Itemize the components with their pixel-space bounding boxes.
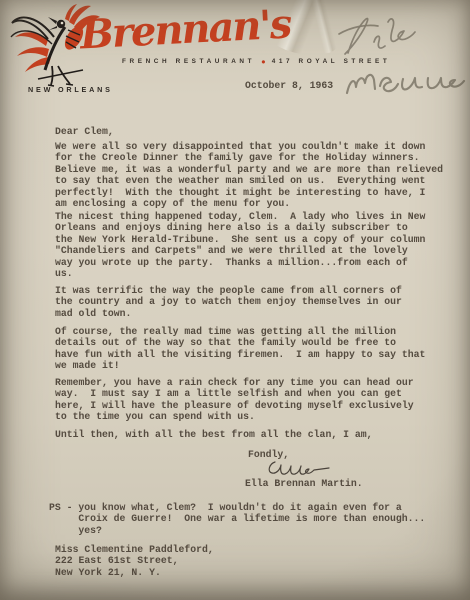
- brand-script: Brennan's: [79, 1, 291, 59]
- tagline-left: FRENCH RESTAURANT: [122, 58, 255, 65]
- scanned-letter-page: Brennan's FRENCH RESTAURANT●417 ROYAL ST…: [0, 0, 470, 600]
- paragraph-3: It was terrific the way the people came …: [55, 285, 402, 319]
- paragraph-4: Of course, the really mad time was getti…: [55, 326, 425, 372]
- signature-handwriting: [266, 458, 330, 478]
- paragraph-5: Remember, you have a rain check for any …: [55, 377, 414, 423]
- city-label: NEW ORLEANS: [28, 85, 113, 94]
- recipient-block: Miss Clementine Paddleford, 222 East 61s…: [55, 544, 214, 578]
- annotation-file-handwriting: [338, 12, 424, 60]
- signed-name: Ella Brennan Martin.: [245, 478, 363, 489]
- salutation: Dear Clem,: [55, 126, 114, 137]
- paragraph-1: We were all so very disappointed that yo…: [55, 141, 443, 210]
- annotation-menus-handwriting: [344, 66, 462, 100]
- letter-date: October 8, 1963: [245, 80, 333, 91]
- paragraph-6: Until then, with all the best from all t…: [55, 429, 372, 440]
- paragraph-2: The nicest thing happened today, Clem. A…: [55, 211, 425, 280]
- ps-block: PS - you know what, Clem? I wouldn't do …: [49, 502, 425, 536]
- tagline-bullet-icon: ●: [261, 57, 266, 66]
